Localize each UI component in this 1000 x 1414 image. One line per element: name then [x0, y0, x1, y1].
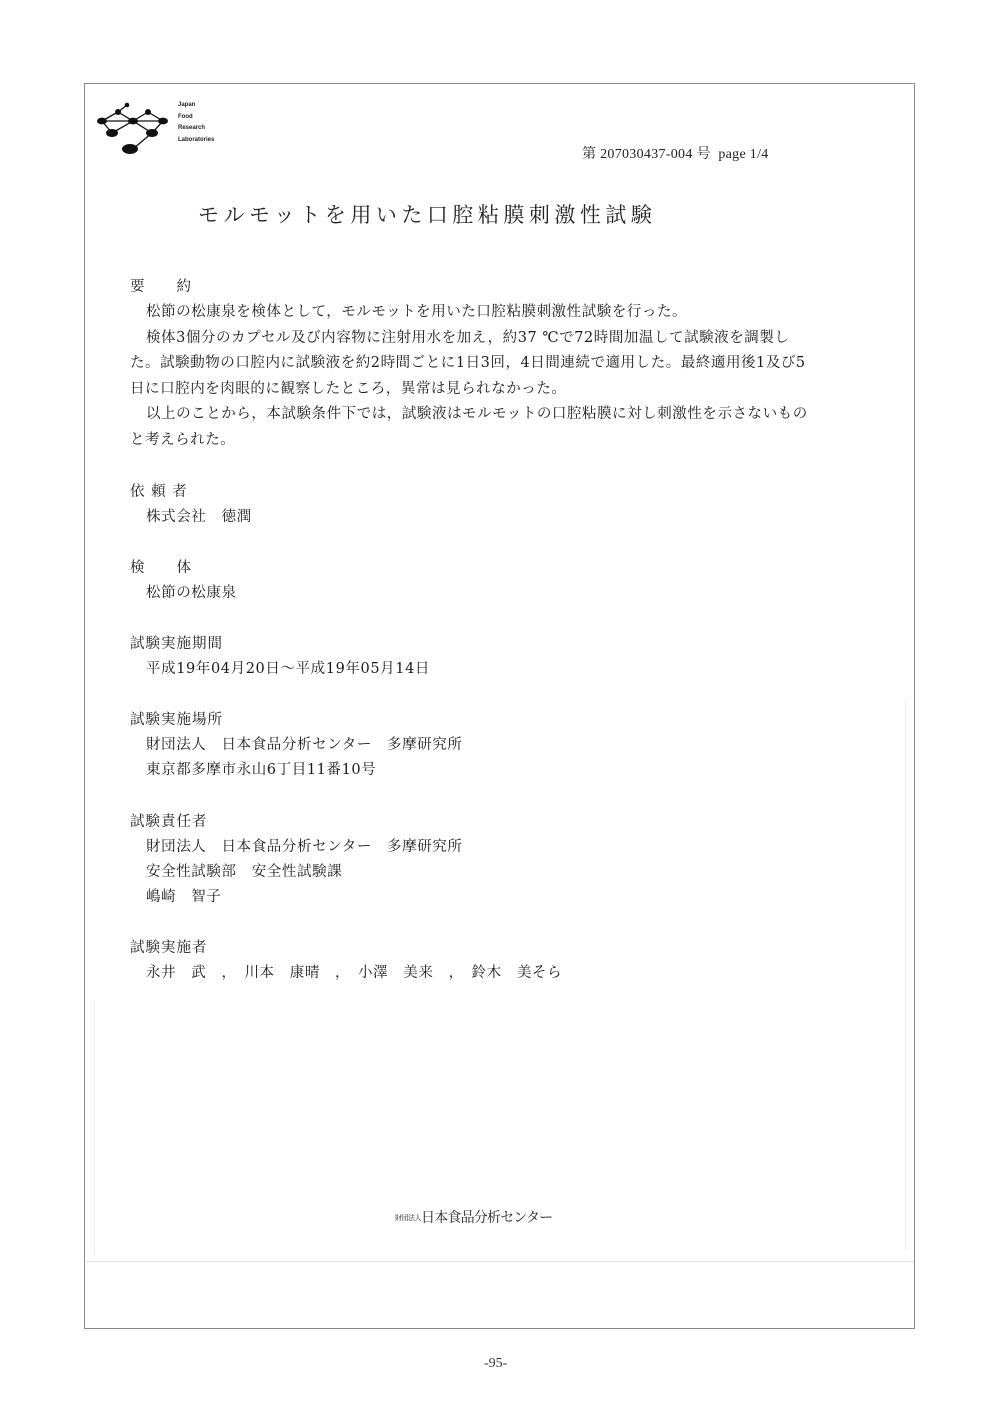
specimen-heading: 検 体 — [130, 556, 237, 581]
logo-line: Japan — [178, 100, 214, 112]
period-section: 試験実施期間 平成19年04月20日～平成19年05月14日 — [130, 632, 430, 682]
footer-organization: 財団法人日本食品分析センター — [395, 1207, 552, 1227]
page-title: モルモットを用いた口腔粘膜刺激性試験 — [198, 199, 656, 229]
document-number: 第 207030437-004 号 page 1/4 — [582, 143, 769, 163]
period-dates: 平成19年04月20日～平成19年05月14日 — [130, 657, 430, 682]
client-heading: 依 頼 者 — [130, 480, 252, 505]
operators-heading: 試験実施者 — [130, 936, 562, 961]
logo-line: Laboratories — [178, 135, 214, 147]
footer-divider — [86, 1261, 914, 1262]
location-org: 財団法人 日本食品分析センター 多摩研究所 — [130, 733, 463, 758]
director-name: 嶋崎 智子 — [130, 885, 463, 910]
scan-artifact-line — [905, 700, 906, 1250]
summary-paragraph: 検体3個分のカプセル及び内容物に注射用水を加え，約37 ℃で72時間加温して試験… — [130, 326, 810, 403]
summary-section: 要 約 松節の松康泉を検体として，モルモットを用いた口腔粘膜刺激性試験を行った。… — [130, 275, 810, 453]
operators-section: 試験実施者 永井 武 ， 川本 康晴 ， 小澤 美来 ， 鈴木 美そら — [130, 936, 562, 986]
specimen-section: 検 体 松節の松康泉 — [130, 556, 237, 606]
page-number: -95- — [484, 1356, 507, 1372]
document-frame — [84, 83, 915, 1329]
client-name: 株式会社 徳潤 — [130, 505, 252, 530]
molecule-network-icon — [96, 100, 176, 156]
summary-paragraph: 松節の松康泉を検体として，モルモットを用いた口腔粘膜刺激性試験を行った。 — [130, 300, 810, 326]
location-address: 東京都多摩市永山6丁目11番10号 — [130, 758, 463, 783]
scan-artifact-line — [94, 1000, 95, 1255]
director-org: 財団法人 日本食品分析センター 多摩研究所 — [130, 835, 463, 860]
jfrl-logo: Japan Food Research Laboratories — [96, 100, 246, 156]
summary-body: 松節の松康泉を検体として，モルモットを用いた口腔粘膜刺激性試験を行った。 検体3… — [130, 300, 810, 453]
period-heading: 試験実施期間 — [130, 632, 430, 657]
location-heading: 試験実施場所 — [130, 708, 463, 733]
logo-line: Food — [178, 112, 214, 124]
director-heading: 試験責任者 — [130, 810, 463, 835]
director-section: 試験責任者 財団法人 日本食品分析センター 多摩研究所 安全性試験部 安全性試験… — [130, 810, 463, 910]
specimen-name: 松節の松康泉 — [130, 581, 237, 606]
client-section: 依 頼 者 株式会社 徳潤 — [130, 480, 252, 530]
summary-heading: 要 約 — [130, 275, 810, 300]
summary-paragraph: 以上のことから，本試験条件下では，試験液はモルモットの口腔粘膜に対し刺激性を示さ… — [130, 402, 810, 453]
location-section: 試験実施場所 財団法人 日本食品分析センター 多摩研究所 東京都多摩市永山6丁目… — [130, 708, 463, 783]
footer-org-name: 日本食品分析センター — [421, 1210, 552, 1226]
footer-org-prefix: 財団法人 — [395, 1214, 421, 1222]
logo-line: Research — [178, 123, 214, 135]
operators-names: 永井 武 ， 川本 康晴 ， 小澤 美来 ， 鈴木 美そら — [130, 961, 562, 986]
director-department: 安全性試験部 安全性試験課 — [130, 860, 463, 885]
logo-wordmark: Japan Food Research Laboratories — [178, 100, 214, 146]
